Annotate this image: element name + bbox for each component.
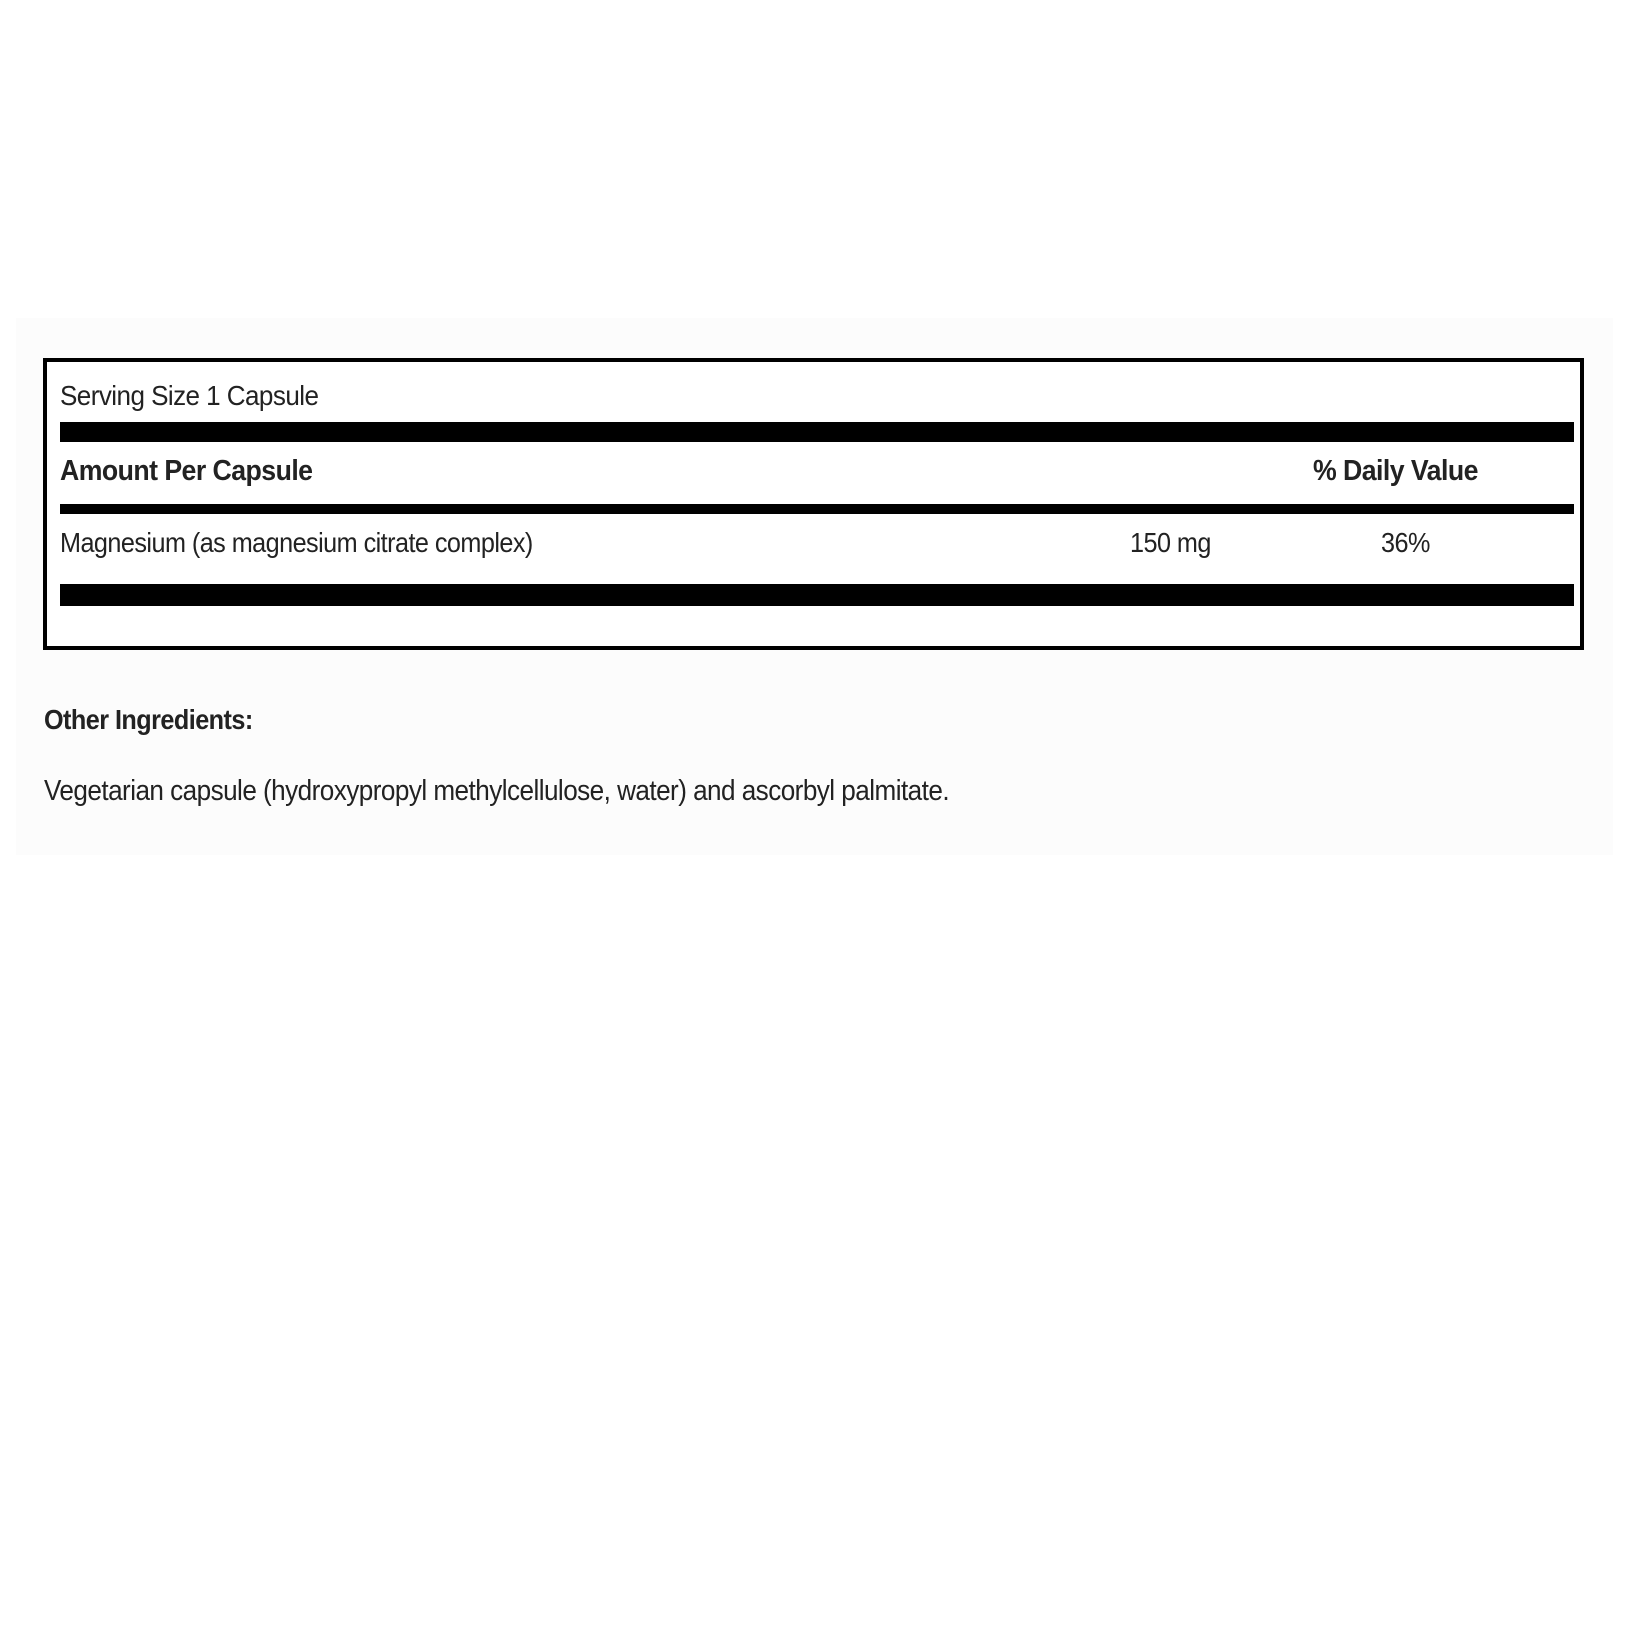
nutrient-daily-value: 36%	[1381, 527, 1430, 559]
amount-per-capsule-header: Amount Per Capsule	[60, 455, 312, 488]
nutrient-name: Magnesium (as magnesium citrate complex)	[60, 527, 533, 559]
header-divider	[60, 504, 1574, 514]
other-ingredients-text: Vegetarian capsule (hydroxypropyl methyl…	[44, 775, 949, 808]
thick-divider-top	[60, 422, 1574, 442]
serving-size: Serving Size 1 Capsule	[60, 380, 318, 412]
other-ingredients-title: Other Ingredients:	[44, 704, 253, 736]
daily-value-header: % Daily Value	[1313, 455, 1478, 488]
nutrient-amount: 150 mg	[1130, 527, 1211, 559]
thick-divider-bottom	[60, 584, 1574, 606]
supplement-facts-table: Serving Size 1 Capsule Amount Per Capsul…	[43, 358, 1584, 650]
